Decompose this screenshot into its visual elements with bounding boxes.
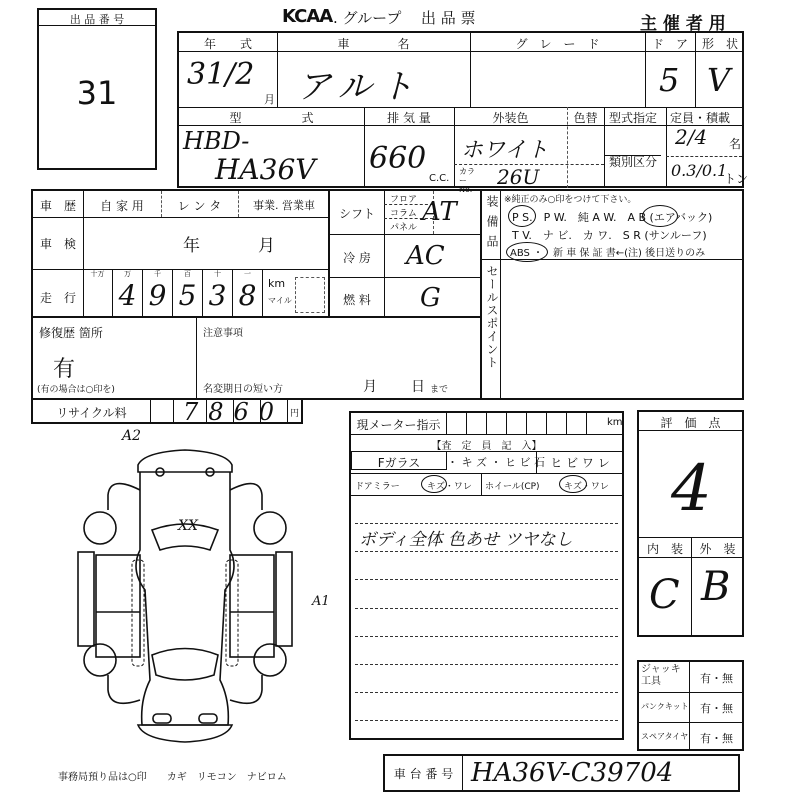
classification-label: 類別区分 xyxy=(609,153,657,170)
history-option-business[interactable]: 事業. 営業車 xyxy=(238,197,330,213)
windshield-chip: ・ キ ズ ・ ヒ ビ 石 xyxy=(447,454,536,470)
circle-mark-mirror xyxy=(421,475,447,493)
repair-label: 修復歴 箇所 xyxy=(39,324,103,341)
exterior-value: B xyxy=(701,564,730,610)
form-title: 出 品 票 xyxy=(421,7,476,28)
shape-label: 形 状 xyxy=(695,35,745,52)
inspection-month-unit: 月 xyxy=(258,231,275,256)
notes-label: 注意事項 xyxy=(203,324,243,339)
model-value-prefix: HBD- xyxy=(183,127,249,155)
meter-digits xyxy=(446,413,606,434)
shift-option-floor[interactable]: フロア xyxy=(390,192,417,205)
year-label: 年 式 xyxy=(179,35,277,52)
circle-mark-ps xyxy=(508,205,536,227)
office-items: 事務局預り品は○印 カギ リモコン ナビロム xyxy=(58,768,287,783)
recycle-block: リサイクル料 7860 円 xyxy=(31,398,303,424)
load-value: 0.3/0.1 xyxy=(671,161,727,180)
exterior-label: 外 装 xyxy=(691,540,744,557)
inspector-label: 【査 定 員 記 入】 xyxy=(351,437,622,452)
doors-value: 5 xyxy=(659,61,679,99)
exterior-color-value: ホワイト xyxy=(461,133,548,164)
ac-value: AC xyxy=(406,241,445,271)
name-label: 車 名 xyxy=(277,35,470,52)
deadline-until: まで xyxy=(430,382,448,395)
inspector-comment: ボディ全体 色あせ ツヤなし xyxy=(359,525,572,550)
shift-option-panel[interactable]: パネル xyxy=(390,220,417,233)
windshield-label: Fガラス xyxy=(351,454,447,471)
fuel-label: 燃 料 xyxy=(330,291,384,308)
rating-block: 評 価 点 4 内 装 外 装 C B xyxy=(637,410,744,637)
shift-option-column[interactable]: コラム xyxy=(390,206,417,219)
tool-label-spare-tire: スペアタイヤ xyxy=(641,731,688,742)
odometer-digit: 十3 xyxy=(203,269,233,318)
capacity-value: 2/4 xyxy=(675,125,707,149)
deadline-label: 名変期日の短い方 xyxy=(203,380,283,395)
doors-label: ド ア xyxy=(645,35,695,52)
specs-block: シフト フロア コラム パネル AT 冷 房 AC 燃 料 G xyxy=(328,189,482,318)
vehicle-info-block: 年 式 車 名 グ レ ー ド ド ア 形 状 31/2 月 アルト 5 V 型… xyxy=(177,31,744,188)
lot-number-box: 出 品 番 号 31 xyxy=(37,8,157,170)
history-block: 車 歴 自 家 用 レ ン タ 事業. 営業車 車 検 年 月 走 行 十万万4… xyxy=(31,189,330,318)
meter-label: 現メーター指示 xyxy=(351,416,446,433)
interior-label: 内 装 xyxy=(639,540,691,557)
brand-logo: KCAA xyxy=(282,6,332,27)
windshield-crack: ヒ ビ ワ レ xyxy=(536,454,624,471)
door-mirror-label: ドアミラー xyxy=(355,479,400,492)
damage-mark-side: A1 xyxy=(312,594,330,609)
model-value: HA36V xyxy=(215,153,316,186)
meter-unit: km xyxy=(607,417,623,428)
repair-value: 有 xyxy=(53,352,75,383)
history-label: 車 歴 xyxy=(33,197,83,214)
chassis-block: 車 台 番 号 HA36V-C39704 xyxy=(383,754,740,792)
name-value: アルト xyxy=(297,59,422,108)
interior-value: C xyxy=(649,572,680,618)
exterior-color-label: 外装色 xyxy=(454,109,567,126)
odometer: 十万万4千9百5十3一8 xyxy=(83,269,330,318)
recycle-value: 7860 xyxy=(183,398,284,426)
circle-mark-abs xyxy=(506,242,548,262)
history-option-private[interactable]: 自 家 用 xyxy=(83,197,161,214)
odometer-digit: 千9 xyxy=(143,269,173,318)
displacement-unit: C.C. xyxy=(429,173,449,184)
capacity-label: 定員・積載 xyxy=(670,109,730,126)
shape-value: V xyxy=(707,61,730,99)
displacement-value: 660 xyxy=(369,141,426,176)
odometer-digit: 百5 xyxy=(173,269,203,318)
ac-label: 冷 房 xyxy=(330,249,384,266)
chassis-label: 車 台 番 号 xyxy=(385,765,462,782)
deadline-month-unit: 月 xyxy=(363,376,377,396)
recycle-label: リサイクル料 xyxy=(33,404,150,421)
equipment-row-2: T V. ナ ビ. カ ワ. S R (サンルーフ) xyxy=(512,227,707,243)
odometer-digit: 十万 xyxy=(83,269,113,318)
shift-value: AT xyxy=(422,197,457,227)
month-unit: 月 xyxy=(264,91,275,107)
tools-block: ジャッキ工具 有・無 パンクキット 有・無 スペアタイヤ 有・無 xyxy=(637,660,744,751)
rating-label: 評 価 点 xyxy=(639,414,742,431)
year-value: 31/2 xyxy=(187,57,254,92)
load-unit: トン xyxy=(724,170,748,187)
tool-value-jack: 有・無 xyxy=(689,670,744,686)
tool-value-spare-tire: 有・無 xyxy=(689,730,744,746)
deadline-day-unit: 日 xyxy=(411,376,425,396)
km-unit: km xyxy=(268,277,285,290)
model-label: 型 式 xyxy=(179,109,364,126)
rating-value: 4 xyxy=(671,452,712,526)
mileage-label: 走 行 xyxy=(33,289,83,306)
tool-label-puncture-kit: パンクキット xyxy=(641,701,689,712)
color-change-label: 色替 xyxy=(567,109,604,126)
repair-note: (有の場合は○印を) xyxy=(37,382,115,395)
recycle-unit: 円 xyxy=(290,406,299,419)
equipment-row-1: P S. P W. 純 A W. A B (エアバック) xyxy=(512,209,712,225)
equipment-block: 装備品 ※純正のみ○印をつけて下さい。 P S. P W. 純 A W. A B… xyxy=(480,189,744,400)
type-designation-label: 型式指定 xyxy=(609,109,657,126)
car-diagram[interactable] xyxy=(70,430,300,750)
circle-mark-ab xyxy=(642,205,678,227)
damage-mark-front: A2 xyxy=(122,428,141,444)
damage-mark-roof: XX xyxy=(178,518,198,534)
color-no-value: 26U xyxy=(497,165,539,189)
tool-value-puncture-kit: 有・無 xyxy=(689,700,744,716)
inspection-year-unit: 年 xyxy=(183,231,200,256)
chassis-number: HA36V-C39704 xyxy=(471,758,673,788)
shift-label: シフト xyxy=(330,205,384,222)
mile-unit: マイル xyxy=(268,295,292,306)
sales-point-label: セールスポイント xyxy=(484,265,501,369)
history-option-rental[interactable]: レ ン タ xyxy=(161,197,238,214)
group-label: . グループ xyxy=(333,7,401,28)
equipment-label: 装備品 xyxy=(484,195,501,255)
circle-mark-wheel xyxy=(559,475,587,493)
grade-label: グ レ ー ド xyxy=(470,35,645,52)
repair-notes-block: 修復歴 箇所 有 (有の場合は○印を) 注意事項 名変期日の短い方 月 日 まで xyxy=(31,316,482,400)
odometer-digit: 一8 xyxy=(233,269,263,318)
wheel-label: ホイール(CP) xyxy=(485,479,540,492)
mile-box xyxy=(295,277,325,313)
inspection-label: 車 検 xyxy=(33,235,83,252)
lot-number: 31 xyxy=(39,74,155,112)
fuel-value: G xyxy=(420,283,441,313)
inspector-block: 現メーター指示 km 【査 定 員 記 入】 Fガラス ・ キ ズ ・ ヒ ビ … xyxy=(349,411,624,740)
tool-label-jack: ジャッキ工具 xyxy=(641,664,687,688)
odometer-digit: 万4 xyxy=(113,269,143,318)
capacity-unit: 名 xyxy=(729,135,741,152)
displacement-label: 排 気 量 xyxy=(364,109,454,126)
equipment-note: ※純正のみ○印をつけて下さい。 xyxy=(504,192,636,205)
